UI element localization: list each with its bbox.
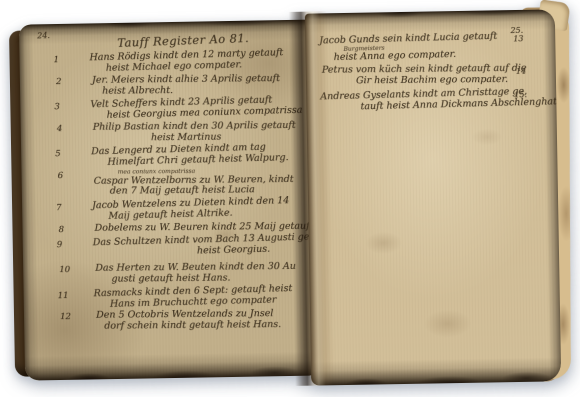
entry-line-1: Jer. Meiers kindt alhie 3 Aprilis getauf… [92, 73, 302, 86]
entry-number: 2 [52, 75, 92, 97]
register-entry: 10 Das Herten zu W. Beuten kindt den 30 … [55, 262, 305, 286]
entry-number: 12 [56, 311, 96, 333]
entry-number: 9 [53, 238, 94, 261]
entry-number: 8 [54, 223, 94, 234]
entry-text: Das Lengerd zu Dieten kindt am tagHimelf… [91, 142, 303, 169]
entry-text: Philip Bastian kindt den 30 Aprilis geta… [93, 120, 303, 144]
right-page: 25. Jacob Gunds sein kindt Lucia getauft… [305, 9, 561, 385]
register-entries-left: 1 Hans Rödigs kindt den 12 marty getauft… [49, 49, 306, 334]
entry-number: 6 [54, 170, 94, 198]
entry-text: Jacob Gunds sein kindt Lucia getauftBurg… [319, 31, 526, 64]
page-number-left: 24. [37, 31, 50, 40]
entry-text: Den 5 Octobris Wentzelands zu Jnseldorf … [96, 309, 306, 333]
left-page: 24. Tauff Register Ao 81. 1 Hans Rödigs … [19, 20, 315, 381]
register-entry: 12 Den 5 Octobris Wentzelands zu Jnseldo… [56, 309, 306, 333]
entry-margin-number: 15. [514, 90, 527, 99]
entry-text: Velt Scheffers kindt 23 Aprilis getaufth… [90, 95, 302, 122]
entry-text: Jacob Wentzelens zu Dieten kindt den 14M… [92, 196, 304, 223]
register-entries-right: Jacob Gunds sein kindt Lucia getauftBurg… [319, 32, 526, 113]
entry-number: 3 [50, 100, 91, 123]
open-book: 24. Tauff Register Ao 81. 1 Hans Rödigs … [7, 1, 570, 395]
register-entry: Andreas Gyselants kindt am Christtage ge… [320, 87, 526, 114]
entry-line-2: dorf schein kindt getauft heist Hans. [96, 320, 306, 333]
entry-text: Petrus vom küch sein kindt getauft auf d… [322, 64, 527, 88]
entry-number: 7 [52, 201, 93, 224]
register-entry: Petrus vom küch sein kindt getauft auf d… [322, 64, 526, 88]
entry-number: 10 [55, 264, 95, 286]
entry-text: mea coniunx compatrissaCaspar Wentzelbor… [94, 168, 304, 198]
register-entry: 3 Velt Scheffers kindt 23 Aprilis getauf… [50, 95, 302, 123]
entry-number: 5 [51, 148, 92, 171]
entry-text: Das Schultzen kindt vom Bach 13 Augusti … [93, 232, 316, 260]
entry-text: Jer. Meiers kindt alhie 3 Aprilis getauf… [92, 73, 302, 97]
entry-margin-number: 13 [513, 34, 523, 43]
entry-number: 11 [53, 289, 94, 312]
entry-number: 1 [49, 53, 90, 76]
entry-text: Hans Rödigs kindt den 12 marty getaufthe… [89, 48, 301, 75]
register-entry: 1 Hans Rödigs kindt den 12 marty getauft… [49, 48, 301, 76]
entry-line-2: Gir heist Bachim ego compater. [322, 75, 527, 88]
register-entry: Jacob Gunds sein kindt Lucia getauftBurg… [319, 31, 526, 64]
manuscript-photo: 24. Tauff Register Ao 81. 1 Hans Rödigs … [0, 0, 580, 397]
right-page-text: Jacob Gunds sein kindt Lucia getauftBurg… [319, 32, 526, 116]
register-entry: 7 Jacob Wentzelens zu Dieten kindt den 1… [52, 196, 304, 224]
register-entry: 9 Das Schultzen kindt vom Bach 13 August… [53, 232, 305, 260]
entry-text: Das Herten zu W. Beuten kindt den 30 Aug… [95, 262, 305, 286]
entry-text: Rasmacks kindt den 6 Sept: getauft heist… [93, 283, 305, 310]
register-entry: 5 Das Lengerd zu Dieten kindt am tagHime… [51, 142, 303, 170]
register-entry: 6 mea coniunx compatrissaCaspar Wentzelb… [54, 168, 304, 198]
left-page-text: Tauff Register Ao 81. 1 Hans Rödigs kind… [49, 22, 306, 336]
entry-margin-number: 14 [516, 67, 526, 76]
entry-number: 4 [53, 123, 93, 145]
